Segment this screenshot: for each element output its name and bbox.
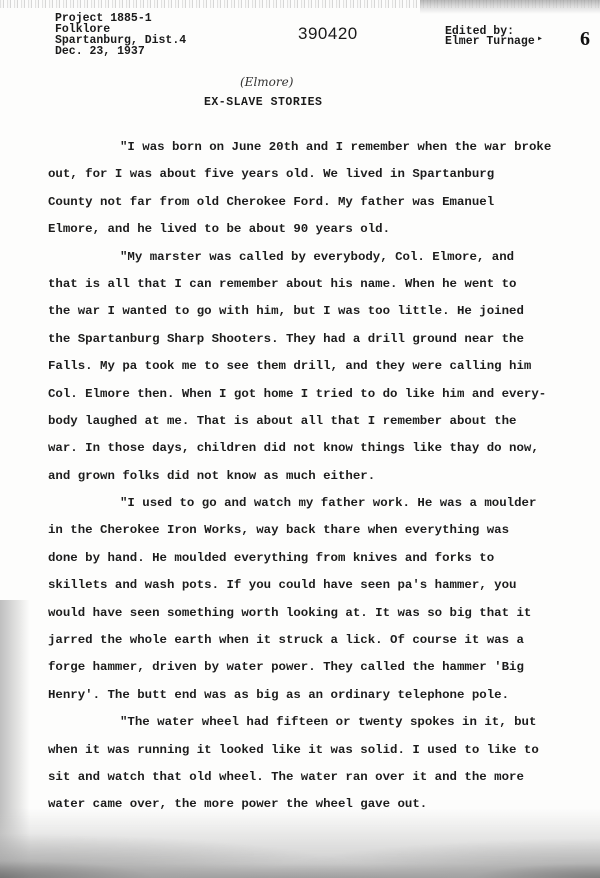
text-line: the Spartanburg Sharp Shooters. They had… [48, 326, 596, 353]
text-line: "The water wheel had fifteen or twenty s… [48, 709, 596, 736]
text-line: done by hand. He moulded everything from… [48, 545, 596, 572]
text-line: "My marster was called by everybody, Col… [48, 244, 596, 271]
text-line: Falls. My pa took me to see them drill, … [48, 353, 596, 380]
document-title: EX-SLAVE STORIES [204, 96, 322, 109]
ink-mark-icon: ▸ [537, 33, 543, 45]
text-line: when it was running it looked like it wa… [48, 737, 596, 764]
scan-smudge-top-right [420, 0, 600, 14]
text-line: in the Cherokee Iron Works, way back tha… [48, 517, 596, 544]
editor-info: Edited by: Elmer Turnage [445, 27, 535, 47]
text-line: County not far from old Cherokee Ford. M… [48, 189, 596, 216]
text-line: war. In those days, children did not kno… [48, 435, 596, 462]
text-line: that is all that I can remember about hi… [48, 271, 596, 298]
document-number: 390420 [298, 24, 358, 44]
text-line: jarred the whole earth when it struck a … [48, 627, 596, 654]
text-line: water came over, the more power the whee… [48, 791, 596, 818]
text-line: and grown folks did not know as much eit… [48, 463, 596, 490]
text-line: Elmore, and he lived to be about 90 year… [48, 216, 596, 243]
text-line: would have seen something worth looking … [48, 600, 596, 627]
text-line: the war I wanted to go with him, but I w… [48, 298, 596, 325]
text-line: sit and watch that old wheel. The water … [48, 764, 596, 791]
project-info: Project 1885-1 Folklore Spartanburg, Dis… [55, 13, 186, 57]
narrative-body: "I was born on June 20th and I remember … [48, 134, 596, 819]
text-line: Col. Elmore then. When I got home I trie… [48, 381, 596, 408]
handwritten-note: (Elmore) [240, 75, 293, 89]
editor-name: Elmer Turnage [445, 37, 535, 47]
scanned-page: Project 1885-1 Folklore Spartanburg, Dis… [0, 0, 600, 878]
text-line: out, for I was about five years old. We … [48, 161, 596, 188]
date-line: Dec. 23, 1937 [55, 46, 186, 57]
text-line: "I was born on June 20th and I remember … [48, 134, 596, 161]
text-line: body laughed at me. That is about all th… [48, 408, 596, 435]
text-line: skillets and wash pots. If you could hav… [48, 572, 596, 599]
text-line: Henry'. The butt end was as big as an or… [48, 682, 596, 709]
text-line: forge hammer, driven by water power. The… [48, 654, 596, 681]
text-line: "I used to go and watch my father work. … [48, 490, 596, 517]
page-number: 6 [580, 28, 590, 51]
